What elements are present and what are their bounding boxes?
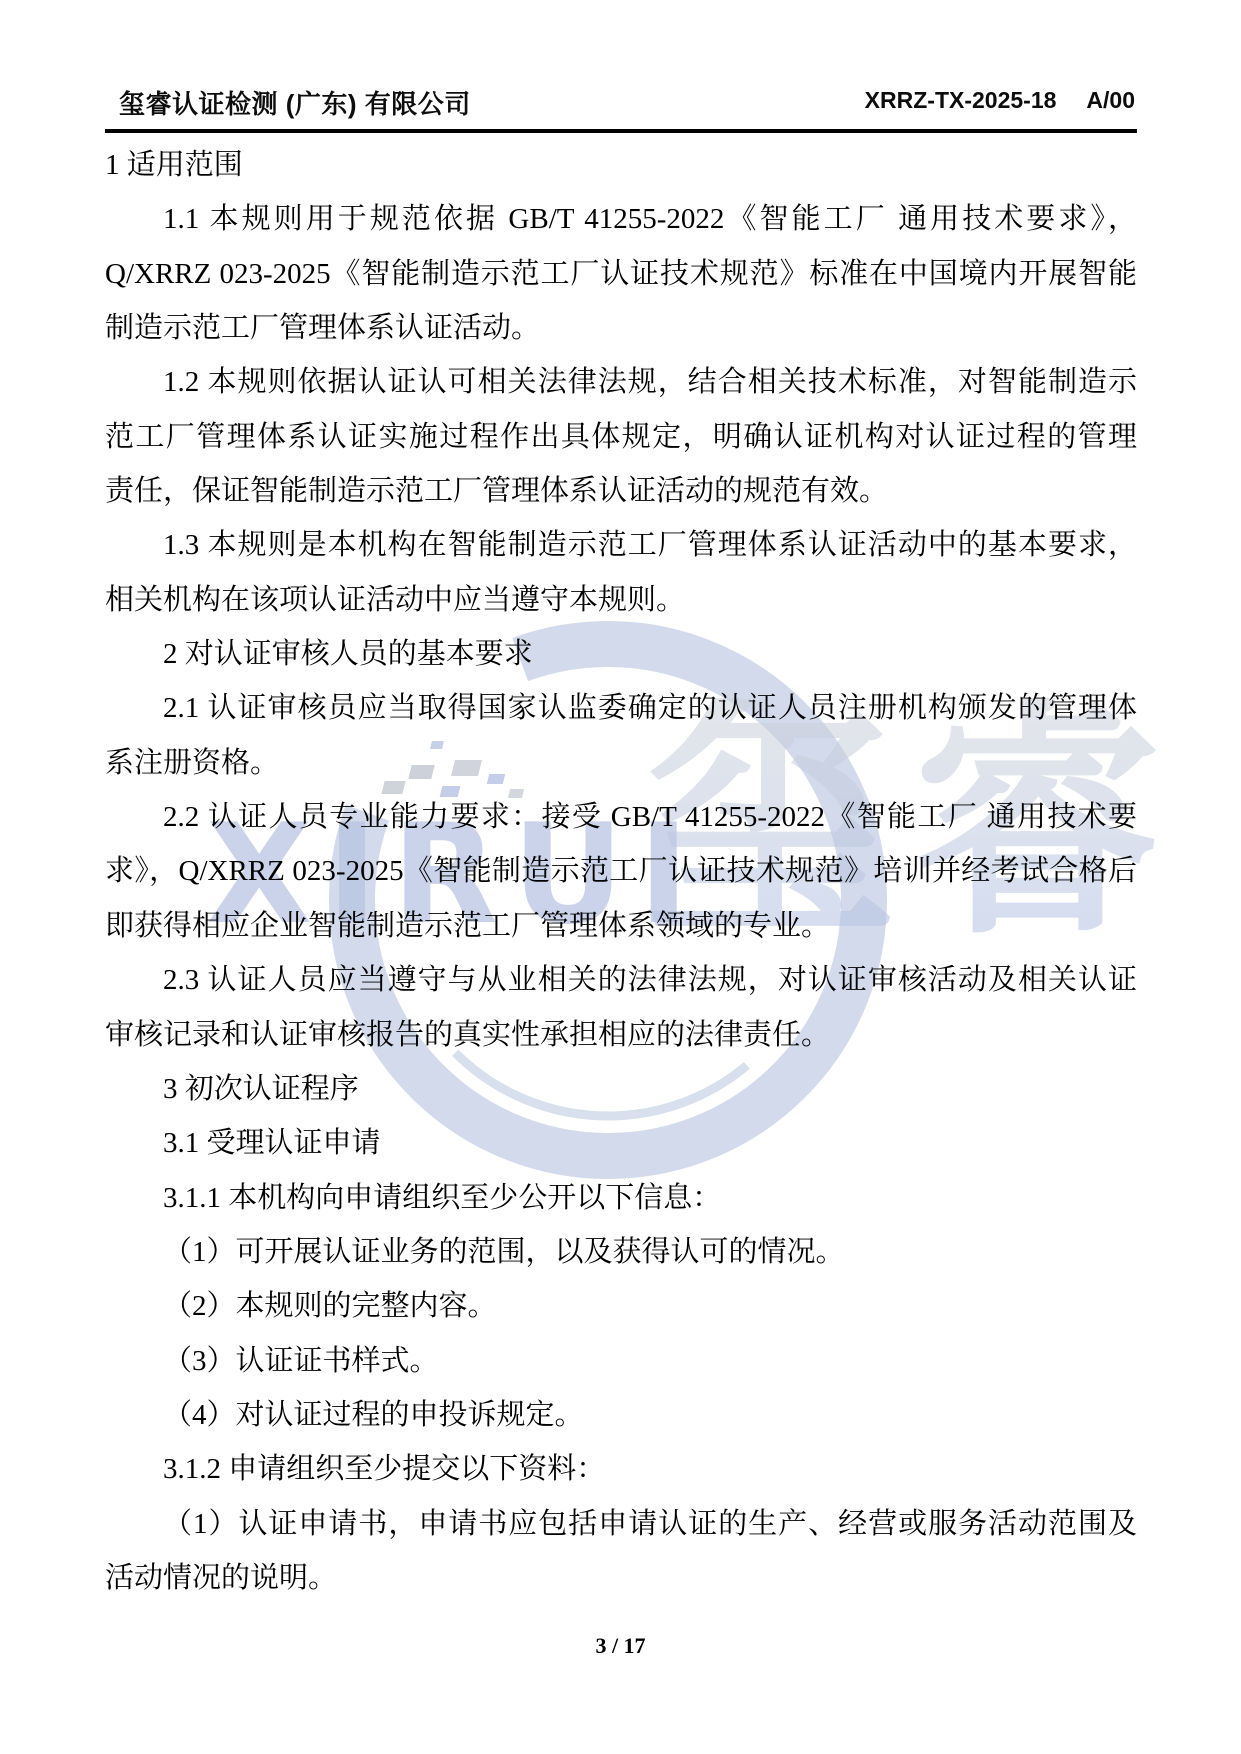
text-line: 2.2 认证人员专业能力要求：接受 GB/T 41255-2022《智能工厂 通… — [105, 790, 1137, 844]
text-line: 2.3 认证人员应当遵守与从业相关的法律法规，对认证审核活动及相关认证 — [105, 953, 1137, 1007]
text-line: 即获得相应企业智能制造示范工厂管理体系领域的专业。 — [105, 899, 1137, 953]
text-line: （3）认证证书样式。 — [105, 1334, 1137, 1388]
text-line: 2 对认证审核人员的基本要求 — [105, 627, 1137, 681]
doc-code: XRRZ-TX-2025-18 — [865, 87, 1057, 113]
text-line: 2.1 认证审核员应当取得国家认监委确定的认证人员注册机构颁发的管理体 — [105, 681, 1137, 735]
text-line: 3 初次认证程序 — [105, 1062, 1137, 1116]
text-line: 3.1.1 本机构向申请组织至少公开以下信息： — [105, 1171, 1137, 1225]
text-line: 1.1 本规则用于规范依据 GB/T 41255-2022《智能工厂 通用技术要… — [105, 192, 1137, 246]
doc-version: A/00 — [1086, 87, 1135, 113]
company-name: 玺睿认证检测 (广东) 有限公司 — [119, 84, 471, 121]
document-number: XRRZ-TX-2025-18A/00 — [865, 87, 1135, 114]
text-line: 范工厂管理体系认证实施过程作出具体规定，明确认证机构对认证过程的管理 — [105, 410, 1137, 464]
text-line: 制造示范工厂管理体系认证活动。 — [105, 301, 1137, 355]
text-line: 1 适用范围 — [105, 138, 1137, 192]
text-line: Q/XRRZ 023-2025《智能制造示范工厂认证技术规范》标准在中国境内开展… — [105, 247, 1137, 301]
header-divider — [105, 129, 1137, 133]
text-line: （2）本规则的完整内容。 — [105, 1279, 1137, 1333]
text-line: 系注册资格。 — [105, 736, 1137, 790]
text-line: 求》，Q/XRRZ 023-2025《智能制造示范工厂认证技术规范》培训并经考试… — [105, 844, 1137, 898]
text-line: 责任，保证智能制造示范工厂管理体系认证活动的规范有效。 — [105, 464, 1137, 518]
page-footer: 3 / 17 — [0, 1633, 1241, 1659]
text-line: 1.3 本规则是本机构在智能制造示范工厂管理体系认证活动中的基本要求， — [105, 518, 1137, 572]
document-page: XIRUI 玺睿 玺睿认证检测 (广东) 有限公司 XRRZ-TX-2025-1… — [0, 0, 1241, 1754]
text-line: 3.1.2 申请组织至少提交以下资料： — [105, 1442, 1137, 1496]
text-line: 1.2 本规则依据认证认可相关法律法规，结合相关技术标准，对智能制造示 — [105, 355, 1137, 409]
text-line: 3.1 受理认证申请 — [105, 1116, 1137, 1170]
text-line: （1）可开展认证业务的范围，以及获得认可的情况。 — [105, 1225, 1137, 1279]
text-line: 审核记录和认证审核报告的真实性承担相应的法律责任。 — [105, 1008, 1137, 1062]
text-line: （1）认证申请书，申请书应包括申请认证的生产、经营或服务活动范围及 — [105, 1497, 1137, 1551]
text-line: 相关机构在该项认证活动中应当遵守本规则。 — [105, 573, 1137, 627]
document-body: 1 适用范围1.1 本规则用于规范依据 GB/T 41255-2022《智能工厂… — [105, 138, 1137, 1605]
text-line: （4）对认证过程的申投诉规定。 — [105, 1388, 1137, 1442]
text-line: 活动情况的说明。 — [105, 1551, 1137, 1605]
page-number: 3 / 17 — [595, 1633, 645, 1658]
